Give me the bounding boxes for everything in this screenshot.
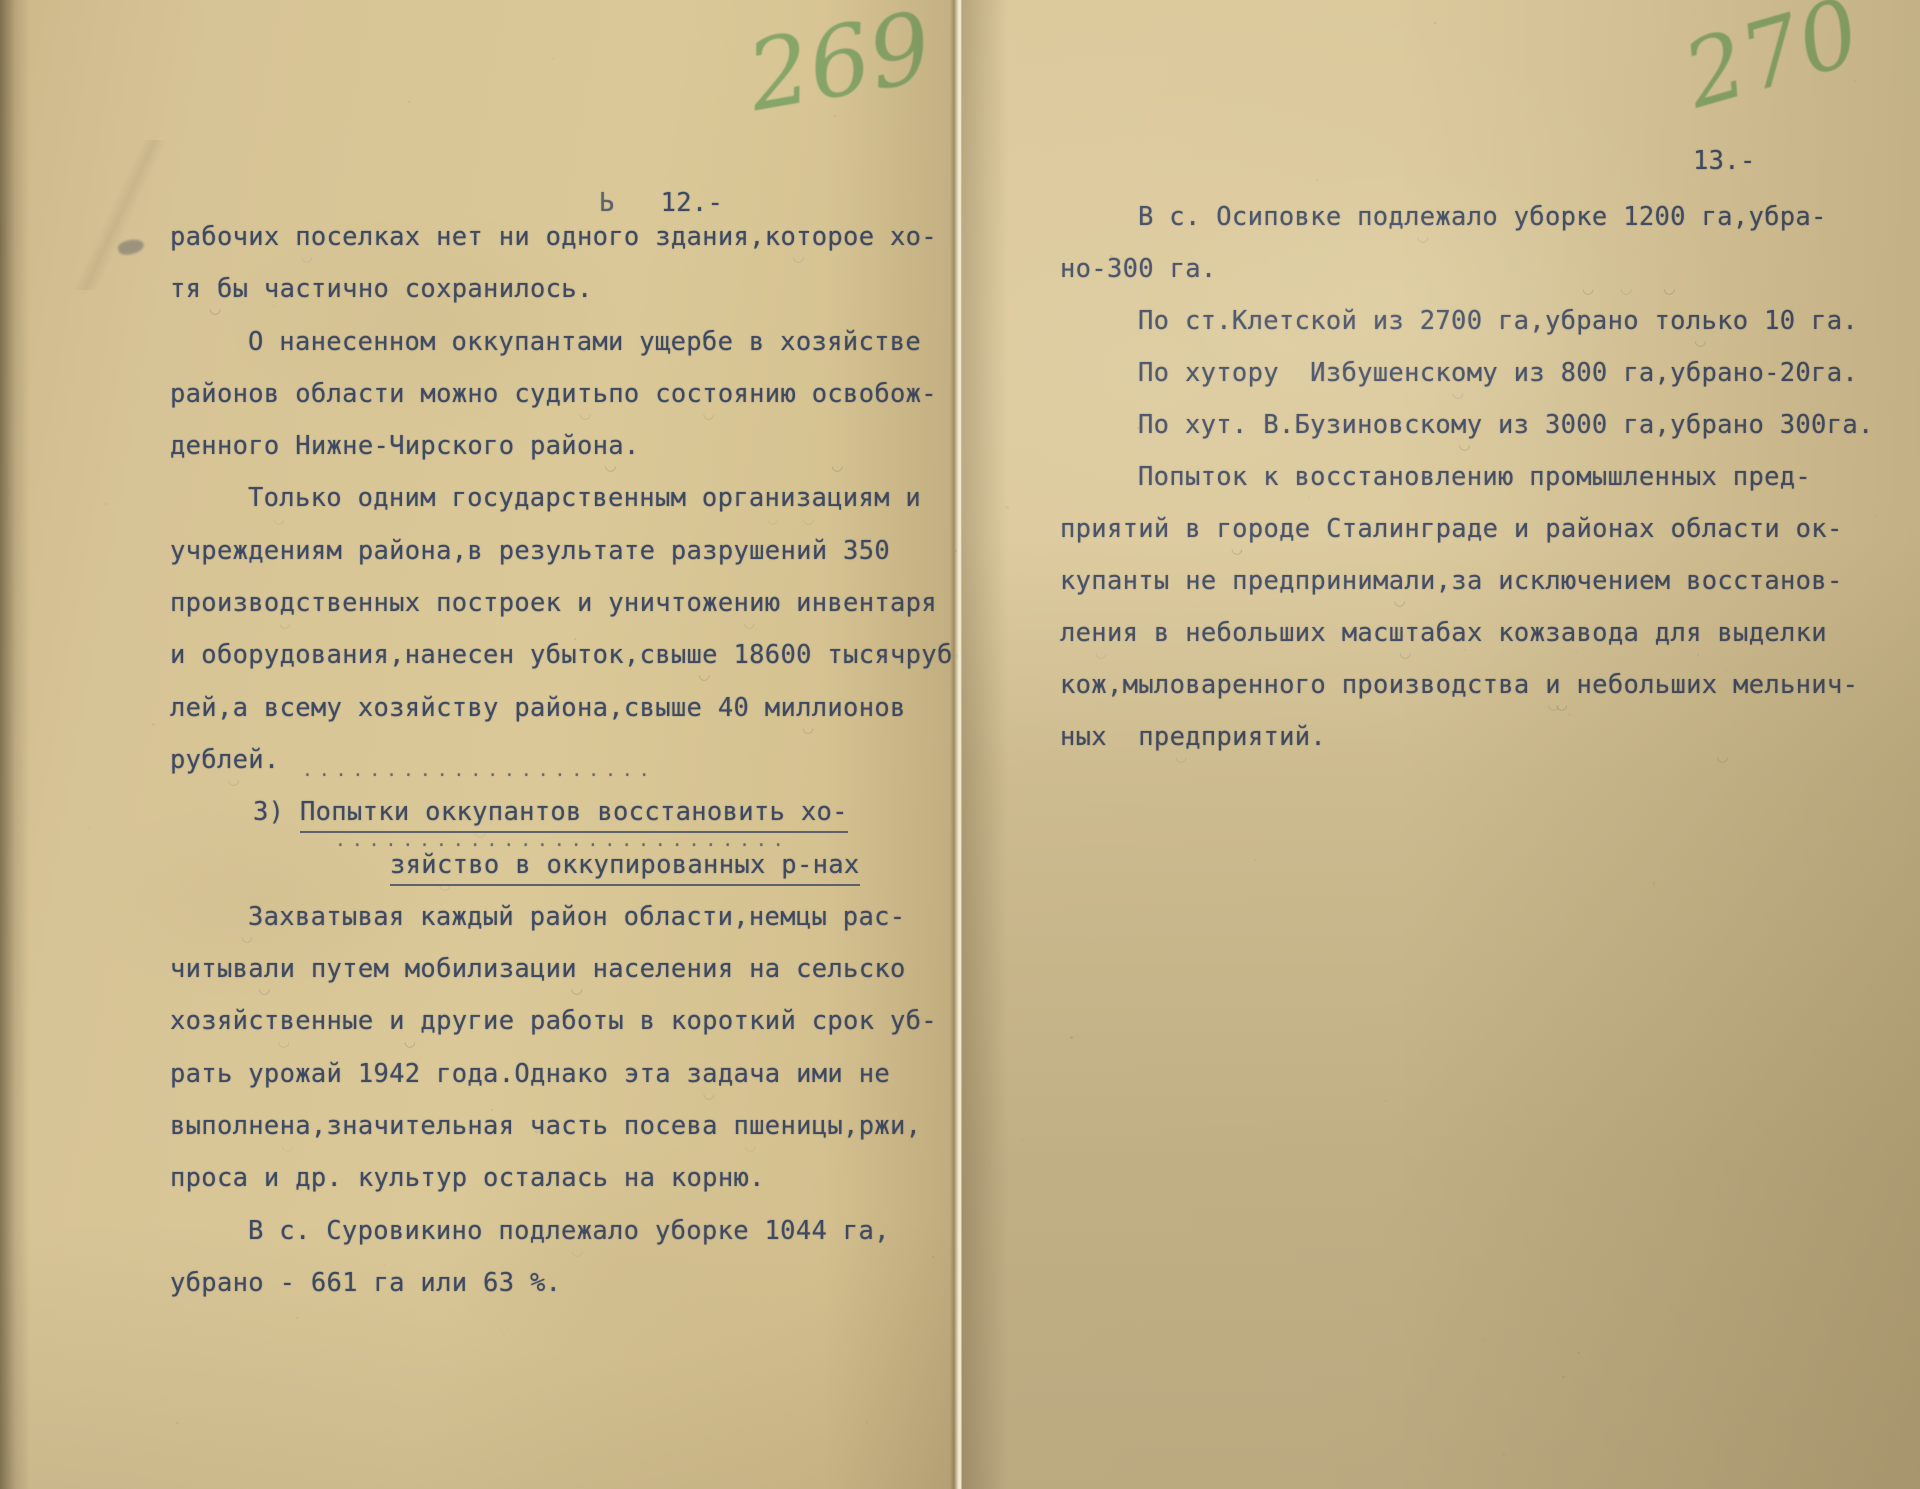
typewritten-line: В с. Суровикино подлежало уборке 1044 га… <box>0 1205 958 1257</box>
typewritten-line: хозяйственные и другие работы в короткий… <box>0 995 958 1047</box>
typewritten-line: выполнена,значительная часть посева пшен… <box>0 1100 958 1152</box>
heading-underlined-text: Попытки оккупантов восстановить хо- <box>300 797 848 833</box>
typewritten-line: ления в небольших масштабах кожзавода дл… <box>962 607 1920 659</box>
typewritten-line: проса и др. культур осталась на корню. <box>0 1152 958 1204</box>
heading-underlined-text: зяйство в оккупированных р-нах <box>390 850 860 886</box>
right-page-text-block: В с. Осиповке подлежало уборке 1200 га,у… <box>962 191 1920 763</box>
typewritten-line: купанты не предпринимали,за исключением … <box>962 555 1920 607</box>
typewritten-line: Захватывая каждый район области,немцы ра… <box>0 891 958 943</box>
typewritten-line: читывали путем мобилизации населения на … <box>0 943 958 995</box>
typewritten-line: По ст.Клетской из 2700 га,убрано только … <box>962 295 1920 347</box>
typewritten-line: производственных построек и уничтожению … <box>0 577 958 629</box>
typewritten-line: О нанесенном оккупантами ущербе в хозяйс… <box>0 316 958 368</box>
typewritten-line: тя бы частично сохранилось. <box>0 263 958 315</box>
dotted-rule: ........................... <box>335 830 790 851</box>
archive-document-scan: 269 Ь12.- рабочих поселках нет ни одного… <box>0 0 1920 1489</box>
typewritten-line: Только одним государственным организация… <box>0 472 958 524</box>
typewritten-line: Попыток к восстановлению промышленных пр… <box>962 451 1920 503</box>
typewritten-line: но-300 га. <box>962 243 1920 295</box>
right-page: 270 13.- В с. Осиповке подлежало уборке … <box>962 0 1920 1489</box>
dotted-rule: ..................... <box>302 760 656 781</box>
right-page-number: 13.- <box>1693 146 1756 176</box>
right-folio-handwritten-number: 270 <box>1673 0 1871 129</box>
typewritten-line: По хутору Избушенскому из 800 га,убрано-… <box>962 347 1920 399</box>
typewritten-line: лей,а всему хозяйству района,свыше 40 ми… <box>0 682 958 734</box>
typewritten-line: кож,мыловаренного производства и небольш… <box>962 659 1920 711</box>
left-folio-handwritten-number: 269 <box>740 0 940 133</box>
typewritten-line: По хут. В.Бузиновскому из 3000 га,убрано… <box>962 399 1920 451</box>
typewritten-line: В с. Осиповке подлежало уборке 1200 га,у… <box>962 191 1920 243</box>
typewritten-line: денного Нижне-Чирского района. <box>0 420 958 472</box>
typewritten-line: убрано - 661 га или 63 %. <box>0 1257 958 1309</box>
typewritten-line: районов области можно судитьпо состоянию… <box>0 368 958 420</box>
typewritten-line: приятий в городе Сталинграде и районах о… <box>962 503 1920 555</box>
heading-number: 3) <box>253 797 300 827</box>
left-page: 269 Ь12.- рабочих поселках нет ни одного… <box>0 0 958 1489</box>
typewritten-line: учреждениям района,в результате разрушен… <box>0 525 958 577</box>
typewritten-line: рать урожай 1942 года.Однако эта задача … <box>0 1048 958 1100</box>
typewritten-line: ных предприятий. <box>962 711 1920 763</box>
typewritten-line: рабочих поселках нет ни одного здания,ко… <box>0 211 958 263</box>
typewritten-line: и оборудования,нанесен убыток,свыше 1860… <box>0 629 958 681</box>
